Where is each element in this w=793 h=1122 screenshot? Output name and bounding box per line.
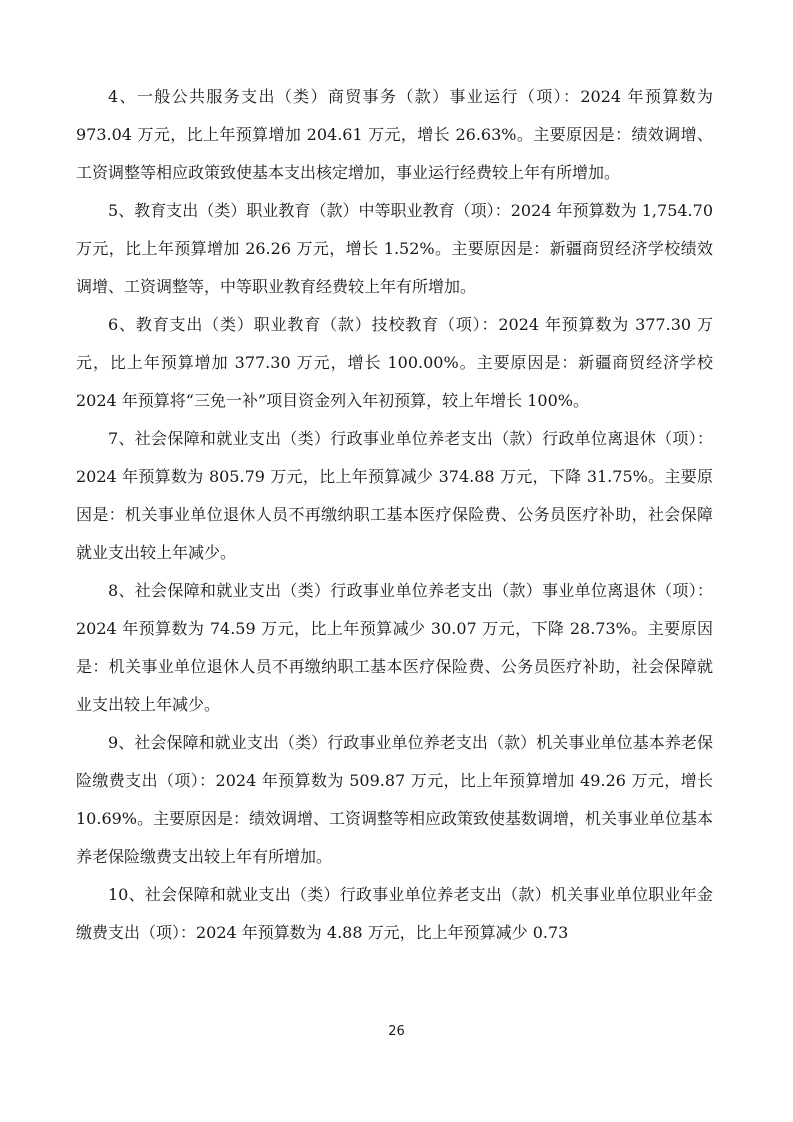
document-page: 4、一般公共服务支出（类）商贸事务（款）事业运行（项）：2024 年预算数为 9… xyxy=(0,0,793,1122)
budget-paragraph-5: 5、教育支出（类）职业教育（款）中等职业教育（项）：2024 年预算数为 1,7… xyxy=(76,192,713,306)
budget-paragraph-7: 7、社会保障和就业支出（类）行政事业单位养老支出（款）行政单位离退休（项）：20… xyxy=(76,420,713,572)
budget-paragraph-9: 9、社会保障和就业支出（类）行政事业单位养老支出（款）机关事业单位基本养老保险缴… xyxy=(76,724,713,876)
budget-paragraph-6: 6、教育支出（类）职业教育（款）技校教育（项）：2024 年预算数为 377.3… xyxy=(76,306,713,420)
page-number: 26 xyxy=(0,1024,793,1039)
budget-paragraph-4: 4、一般公共服务支出（类）商贸事务（款）事业运行（项）：2024 年预算数为 9… xyxy=(76,78,713,192)
document-body: 4、一般公共服务支出（类）商贸事务（款）事业运行（项）：2024 年预算数为 9… xyxy=(76,78,713,952)
budget-paragraph-10: 10、社会保障和就业支出（类）行政事业单位养老支出（款）机关事业单位职业年金缴费… xyxy=(76,876,713,952)
budget-paragraph-8: 8、社会保障和就业支出（类）行政事业单位养老支出（款）事业单位离退休（项）：20… xyxy=(76,572,713,724)
